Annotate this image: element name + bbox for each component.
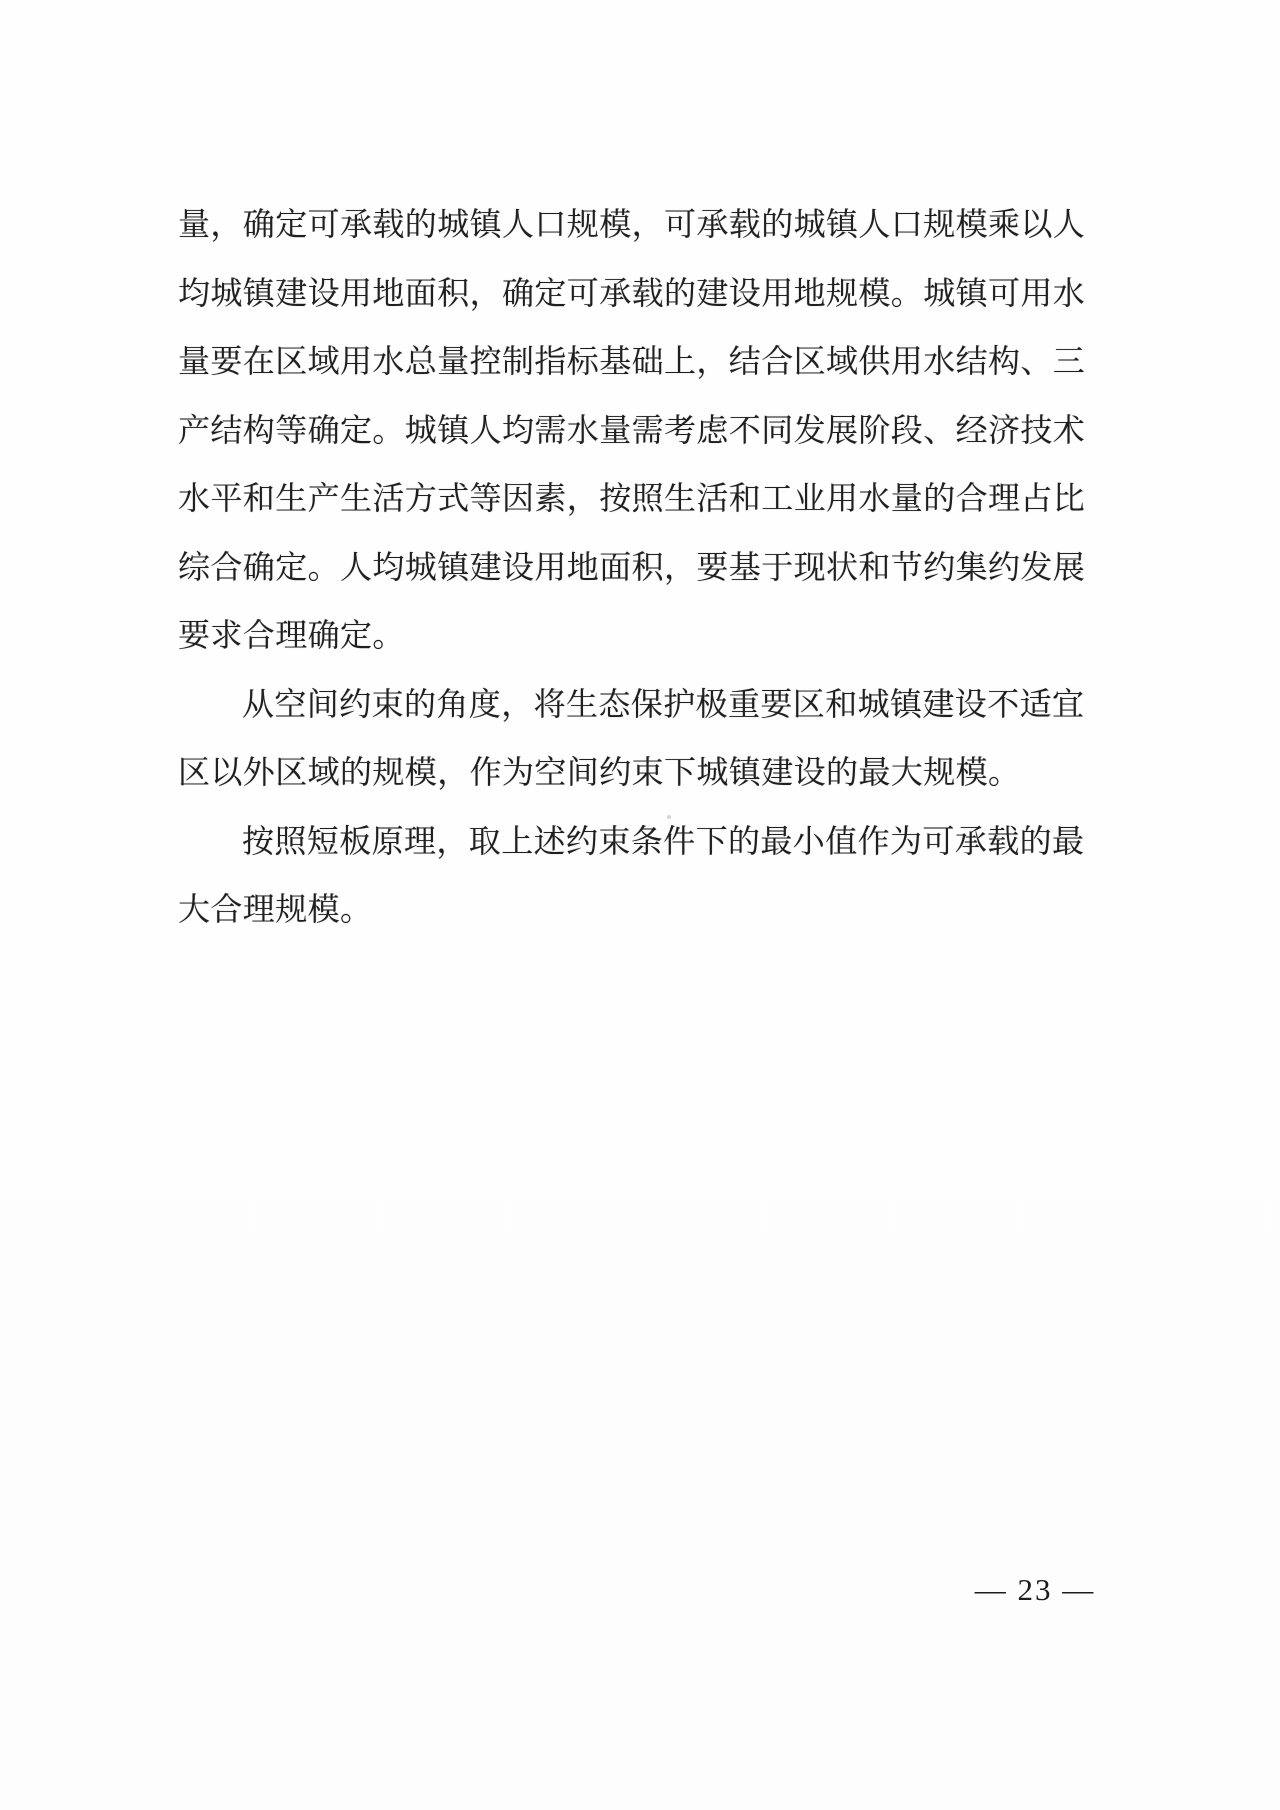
body-text: 量，确定可承载的城镇人口规模，可承载的城镇人口规模乘以人 均城镇建设用地面积，确… bbox=[178, 190, 1084, 944]
text-line: 水平和生产生活方式等因素，按照生活和工业用水量的合理占比 bbox=[178, 464, 1084, 533]
text-line: 综合确定。人均城镇建设用地面积，要基于现状和节约集约发展 bbox=[178, 533, 1084, 602]
scan-speck bbox=[667, 815, 671, 819]
text-line: 产结构等确定。城镇人均需水量需考虑不同发展阶段、经济技术 bbox=[178, 396, 1084, 465]
document-page: 量，确定可承载的城镇人口规模，可承载的城镇人口规模乘以人 均城镇建设用地面积，确… bbox=[0, 0, 1280, 1810]
text-line-paragraph-start: 按照短板原理，取上述约束条件下的最小值作为可承载的最 bbox=[178, 807, 1084, 876]
text-line: 量，确定可承载的城镇人口规模，可承载的城镇人口规模乘以人 bbox=[178, 190, 1084, 259]
text-line-paragraph-start: 从空间约束的角度，将生态保护极重要区和城镇建设不适宜 bbox=[178, 670, 1084, 739]
text-line: 区以外区域的规模，作为空间约束下城镇建设的最大规模。 bbox=[178, 738, 1084, 807]
page-number: — 23 — bbox=[955, 1572, 1115, 1608]
text-line: 量要在区域用水总量控制指标基础上，结合区域供用水结构、三 bbox=[178, 327, 1084, 396]
text-line: 要求合理确定。 bbox=[178, 601, 1084, 670]
text-line: 大合理规模。 bbox=[178, 875, 1084, 944]
text-line: 均城镇建设用地面积，确定可承载的建设用地规模。城镇可用水 bbox=[178, 259, 1084, 328]
